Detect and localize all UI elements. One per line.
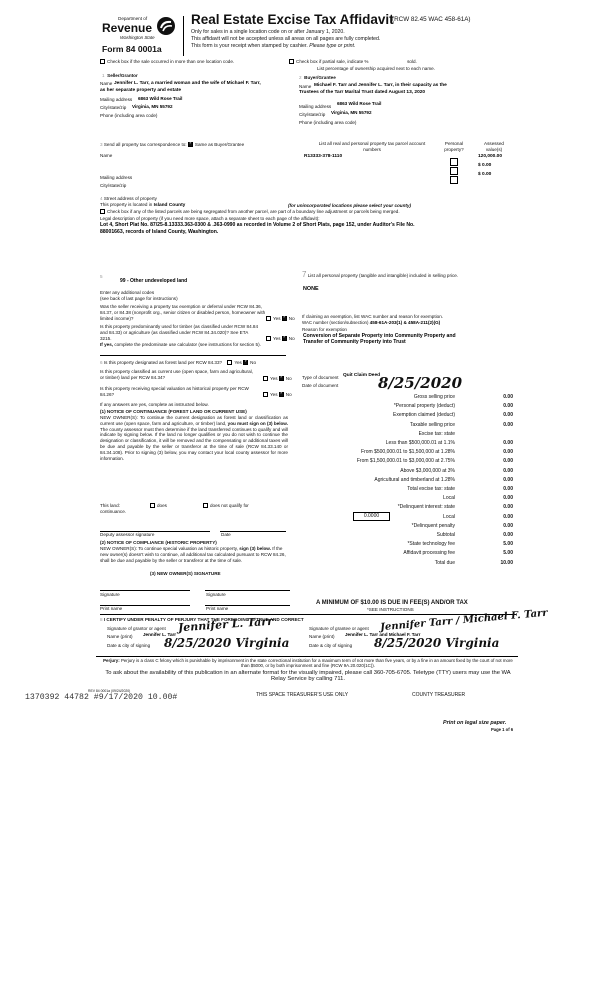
correspondence-mailing-label: Mailing address xyxy=(100,175,132,181)
sold-label: sold. xyxy=(407,59,417,64)
timber-yes-checkbox[interactable] xyxy=(266,336,271,341)
buyer-mailing-input[interactable]: 6863 Wild Rose Trail xyxy=(337,101,381,106)
notice3-title: (3) NEW OWNER(S) SIGNATURE xyxy=(150,571,221,577)
timber-note: If yes, complete the predominate use cal… xyxy=(100,342,286,348)
new-owner-print-label-2: Print name xyxy=(206,606,228,612)
seller-heading-text: Seller/Grantor xyxy=(107,73,138,78)
correspondence-label: Send all property tax correspondence to: xyxy=(104,142,187,147)
seller-city-label: City/state/zip xyxy=(100,105,126,111)
street-label: Street address of property xyxy=(104,196,157,201)
new-owner-sig-label-1: Signature xyxy=(100,592,120,598)
cert-section-num: 8 xyxy=(100,617,103,622)
segregated-checkbox[interactable] xyxy=(100,209,105,214)
this-land-label: This land: xyxy=(100,503,120,509)
land-use-section-num: 5 xyxy=(100,274,103,280)
perjury-text: Perjury is a class C felony which is pun… xyxy=(121,658,513,668)
doc-date-label: Date of document xyxy=(302,383,338,389)
buyer-heading: 2 Buyer/Grantee xyxy=(299,75,336,81)
county-select[interactable]: Island County xyxy=(154,203,186,208)
timber-question: Is this property predominantly used for … xyxy=(100,324,260,341)
dor-swirl-icon xyxy=(156,16,176,36)
current-use-no-checkbox[interactable] xyxy=(279,376,284,381)
tax-row-value[interactable]: 0.00 xyxy=(487,532,513,538)
header-note-2: This affidavit will not be accepted unle… xyxy=(191,36,380,42)
see-instructions: *SEE INSTRUCTIONS xyxy=(367,607,414,613)
segregated-row: Check box if any of the listed parcels a… xyxy=(100,209,400,215)
seller-mailing-label: Mailing address xyxy=(100,97,132,103)
tax-row-label: Subtotal xyxy=(437,532,455,538)
current-use-question: Is this property classified as current u… xyxy=(100,369,256,381)
multi-location-row: Check box if the sale occurred in more t… xyxy=(100,59,234,65)
tax-row-label: Taxable selling price xyxy=(410,422,455,428)
tax-row-value[interactable]: 0.00 xyxy=(487,504,513,510)
seller-heading: 1 Seller/Grantor xyxy=(102,73,138,79)
does-not-checkbox[interactable] xyxy=(203,503,208,508)
tax-row-value[interactable]: 0.00 xyxy=(487,403,513,409)
tax-row-label: Gross selling price xyxy=(414,394,455,400)
county-note: (for unincorporated locations please sel… xyxy=(288,203,411,209)
form-title: Real Estate Excise Tax Affidavit xyxy=(191,12,394,27)
yes-label: Yes xyxy=(234,360,242,365)
doc-type-input[interactable]: Quit Claim Deed xyxy=(343,373,380,378)
no-label: No xyxy=(289,336,295,341)
grantor-date-input[interactable]: 8/25/2020 Virginia xyxy=(164,636,289,650)
notice2-title: (2) NOTICE OF COMPLIANCE (HISTORIC PROPE… xyxy=(100,540,217,546)
tax-row-label: Excise tax: state xyxy=(419,431,455,437)
doc-date-input[interactable]: 8/25/2020 xyxy=(378,374,462,392)
buyer-mailing-label: Mailing address xyxy=(299,104,331,110)
grantee-date-input[interactable]: 8/25/2020 Virginia xyxy=(374,636,499,650)
new-owner-sig-line-1 xyxy=(100,590,190,591)
seller-mailing-input[interactable]: 6863 Wild Rose Trail xyxy=(138,96,182,101)
yes-label: Yes xyxy=(273,336,281,341)
buyer-name-label: Name xyxy=(299,84,311,90)
agency-name: Revenue xyxy=(102,22,152,34)
grantee-name-label: Name (print) xyxy=(309,634,335,640)
seller-section: 1 Seller/Grantor Name Jennifer L. Tarr, … xyxy=(100,72,290,108)
timber-no-checkbox[interactable] xyxy=(282,336,287,341)
form-number: Form 84 0001a xyxy=(102,44,162,54)
no-label: No xyxy=(289,316,295,321)
forest-yes-checkbox[interactable] xyxy=(227,360,232,365)
legal-size-note: Print on legal size paper. xyxy=(443,720,506,726)
assessed-value-input[interactable]: $ 0.00 xyxy=(478,163,491,168)
tax-row-value[interactable]: 0.00 xyxy=(487,486,513,492)
grantor-name-label: Name (print) xyxy=(107,634,133,640)
tax-row-label: *Delinquent penalty xyxy=(412,523,455,529)
property-section-num: 4 xyxy=(100,196,103,201)
continuance-label: continuance. xyxy=(100,509,126,515)
personal-col-header: Personal property? xyxy=(439,141,469,153)
perjury-bold: Perjury: xyxy=(103,658,120,663)
dor-logo: Department of Revenue Washington State F… xyxy=(100,14,180,60)
tax-row-value[interactable]: 0.00 xyxy=(487,495,513,501)
does-row: does xyxy=(150,503,167,509)
new-owner-print-label-1: Print name xyxy=(100,606,122,612)
grantee-sig-label: Signature of grantee or agent xyxy=(309,626,369,632)
perjury-note: Perjury: Perjury is a class C felony whi… xyxy=(100,658,516,668)
notice1-bold: you must sign on (3) below. xyxy=(228,421,288,426)
exemption-question: Was the seller receiving a property tax … xyxy=(100,304,268,321)
alt-format-note: To ask about the availability of this pu… xyxy=(100,670,516,683)
section5-divider xyxy=(100,355,286,356)
form-title-ref: (RCW 82.45 WAC 458-61A) xyxy=(392,16,471,23)
tax-row-value[interactable]: 0.00 xyxy=(487,449,513,455)
seller-name-label: Name xyxy=(100,81,112,87)
seller-phone-label: Phone (including area code) xyxy=(100,113,157,119)
notice1-text-b: The county assessor must then determine … xyxy=(100,427,288,461)
buyer-phone-label: Phone (including area code) xyxy=(299,120,356,126)
correspondence-row: 3 Send all property tax correspondence t… xyxy=(100,142,244,148)
tax-row-value[interactable]: 0.00 xyxy=(487,477,513,483)
parcel-row: $ 0.00 xyxy=(298,172,513,181)
yes-label: Yes xyxy=(270,376,278,381)
multi-location-checkbox[interactable] xyxy=(100,59,105,64)
historic-yes-checkbox[interactable] xyxy=(263,392,268,397)
no-label: No xyxy=(286,392,292,397)
no-label: No xyxy=(286,376,292,381)
deputy-sig-label: Deputy assessor signature xyxy=(100,532,154,538)
receipt-stamp: 1370392 44782 #9/17/2020 10.00# xyxy=(25,693,177,702)
ownership-note: List percentage of ownership acquired ne… xyxy=(317,66,435,72)
local-rate-value: 0.0000 xyxy=(364,513,379,519)
tax-row-label: Affidavit processing fee xyxy=(403,550,455,556)
reason-label: Reason for exemption xyxy=(302,327,347,333)
minimum-note: A MINIMUM OF $10.00 IS DUE IN FEE(S) AND… xyxy=(316,600,468,606)
tax-row-value[interactable]: 0.00 xyxy=(487,468,513,474)
grantor-date-label: Date & city of signing xyxy=(107,643,150,649)
notice1-text: NEW OWNER(S): To continue the current de… xyxy=(100,415,288,461)
tax-row-label: Local xyxy=(443,514,455,520)
treasurer-use-label: THIS SPACE TREASURER'S USE ONLY xyxy=(256,692,348,698)
tax-row-value[interactable]: 5.00 xyxy=(487,541,513,547)
buyer-section: 2 Buyer/Grantee Name Michael F. Tarr and… xyxy=(287,72,512,132)
local-rate-input[interactable]: 0.0000 xyxy=(353,512,390,521)
additional-codes-label: Enter any additional codes xyxy=(100,290,154,296)
if-yes-note: If any answers are yes, complete as inst… xyxy=(100,402,209,408)
tax-row-label: Above $3,000,000 at 3% xyxy=(400,468,455,474)
page-number: Page 1 of 6 xyxy=(491,727,513,732)
tax-row-value[interactable]: 0.00 xyxy=(487,514,513,520)
agency-state: Washington State xyxy=(120,35,155,40)
assessed-col-header: Assessed value(s) xyxy=(476,141,512,153)
tax-row-value[interactable]: 0.00 xyxy=(487,394,513,400)
notice1-title: (1) NOTICE OF CONTINUANCE (FOREST LAND O… xyxy=(100,409,247,415)
new-owner-sig-label-2: Signature xyxy=(206,592,226,598)
does-not-row: does not qualify for xyxy=(203,503,249,509)
personal-property-section-num: 7 xyxy=(302,270,306,279)
header-divider xyxy=(183,16,184,56)
partial-sale-row: Check box if partial sale, indicate % so… xyxy=(289,59,417,65)
buyer-city-label: City/state/zip xyxy=(299,112,325,118)
personal-property-label: 7 List all personal property (tangible a… xyxy=(302,272,512,279)
note3-plain: This form is your receipt when stamped b… xyxy=(191,43,308,49)
cert-bottom-line xyxy=(96,656,518,657)
forest-no-checkbox[interactable] xyxy=(243,360,248,365)
historic-no-checkbox[interactable] xyxy=(279,392,284,397)
new-owner-sig-line-2 xyxy=(205,590,290,591)
seller-section-num: 1 xyxy=(102,73,105,78)
exemption-yes-no: Yes No xyxy=(266,316,295,322)
historic-yes-no: Yes No xyxy=(263,392,292,398)
tax-row-value[interactable]: 5.00 xyxy=(487,550,513,556)
current-use-yes-checkbox[interactable] xyxy=(263,376,268,381)
personal-property-text: List all personal property (tangible and… xyxy=(308,273,458,278)
tax-row-value[interactable]: 0.00 xyxy=(487,412,513,418)
wac-row: WAC number (section/subsection) 458-61A-… xyxy=(302,320,440,326)
tax-row-value[interactable]: 10.00 xyxy=(487,560,513,566)
grantee-date-label: Date & city of signing xyxy=(309,643,352,649)
county-treasurer-label: COUNTY TREASURER xyxy=(412,692,465,698)
correspondence-section-num: 3 xyxy=(100,142,103,147)
parcel-number-input[interactable]: R13333-378-1110 xyxy=(304,154,342,159)
multi-location-label: Check box if the sale occurred in more t… xyxy=(107,59,234,64)
tax-row-value[interactable]: 0.00 xyxy=(487,458,513,464)
doc-type-label: Type of document xyxy=(302,375,339,381)
designation-section-num: 6 xyxy=(100,360,103,365)
tax-row-label: Total excise tax: state xyxy=(407,486,455,492)
buyer-heading-text: Buyer/Grantee xyxy=(304,75,336,80)
seller-city-input[interactable]: Virginia, MN 55792 xyxy=(132,104,173,109)
additional-codes-note: (see back of last page for instructions) xyxy=(100,296,178,302)
tax-row-label: *State technology fee xyxy=(407,541,455,547)
buyer-name-input-line2[interactable]: Trustees of the Tarr Marital Trust dated… xyxy=(299,90,425,95)
legal-description-label: Legal description of property (if you ne… xyxy=(100,216,320,222)
timber-note-bold: If yes, xyxy=(100,342,113,347)
located-row: This property is located in Island Count… xyxy=(100,202,185,209)
tax-row-label: Less than $500,000.01 at 1.1% xyxy=(386,440,455,446)
reason-line-2: Transfer of Community Property into Trus… xyxy=(303,339,456,345)
timber-yes-no: Yes No xyxy=(266,336,295,342)
legal-description-input[interactable]: Lot 4, Short Plat No. 87/25-8.13333.363-… xyxy=(100,222,520,236)
located-label: This property is located in xyxy=(100,202,152,207)
tax-row-label: Exemption claimed (deduct) xyxy=(393,412,455,418)
historic-question: Is this property receiving special valua… xyxy=(100,386,256,398)
correspondence-name-label: Name xyxy=(100,153,112,159)
partial-sale-label: Check box if partial sale, indicate % xyxy=(296,59,369,64)
current-use-yes-no: Yes No xyxy=(263,376,292,382)
forest-question: Is this property designated as forest la… xyxy=(104,360,222,365)
correspondence-city-label: City/state/zip xyxy=(100,183,126,189)
exemption-no-checkbox[interactable] xyxy=(282,316,287,321)
tax-row-label: *Delinquent interest: state xyxy=(398,504,455,510)
deputy-date-label: Date xyxy=(221,532,231,538)
reason-input[interactable]: Conversion of Separate Property into Com… xyxy=(303,333,456,345)
same-as-buyer-label: Same as Buyer/Grantee xyxy=(195,142,244,147)
seller-name-input-line2[interactable]: as her separate property and estate xyxy=(100,88,181,93)
wac-input[interactable]: 458-61A-203(1) & 458A-211(2)(G) xyxy=(370,320,440,325)
grantor-sig-label: Signature of grantor or agent xyxy=(107,626,166,632)
land-use-code-select[interactable]: 99 - Other undeveloped land xyxy=(120,278,187,284)
parcel-col-header: List all real and personal property tax … xyxy=(312,141,432,153)
does-label: does xyxy=(157,503,167,508)
yes-label: Yes xyxy=(270,392,278,397)
personal-property-input[interactable]: NONE xyxy=(303,286,319,292)
segregated-label: Check box if any of the listed parcels a… xyxy=(107,209,400,214)
tax-row-value[interactable]: 0.00 xyxy=(487,440,513,446)
tax-row-value[interactable]: 0.00 xyxy=(487,422,513,428)
notice2-bold: sign (3) below. xyxy=(239,546,271,551)
tax-row-label: Agricultural and timberland at 1.28% xyxy=(374,477,455,483)
exemption-yes-checkbox[interactable] xyxy=(266,316,271,321)
parcel-row: $ 0.00 xyxy=(298,163,513,172)
wac-label: WAC number (section/subsection) xyxy=(302,320,368,325)
no-label: No xyxy=(250,360,256,365)
tax-row-value[interactable]: 0.00 xyxy=(487,523,513,529)
buyer-city-input[interactable]: Virginia, MN 55792 xyxy=(331,110,372,115)
header-note-1: Only for sales in a single location code… xyxy=(191,29,345,35)
buyer-section-num: 2 xyxy=(299,75,302,80)
tax-row-label: From $500,000.01 to $1,500,000 at 1.28% xyxy=(361,449,455,455)
does-not-label: does not qualify for xyxy=(210,503,249,508)
header-note-3: This form is your receipt when stamped b… xyxy=(191,43,355,49)
exemption-intro: If claiming an exemption, list WAC numbe… xyxy=(302,314,443,320)
seller-name-input[interactable]: Jennifer L. Tarr, a married woman and th… xyxy=(114,81,261,86)
tax-row-label: *Personal property (deduct) xyxy=(394,403,455,409)
legal-line-2: 88001663, records of Island County, Wash… xyxy=(100,229,520,236)
partial-sale-checkbox[interactable] xyxy=(289,59,294,64)
personal-property-checkbox[interactable] xyxy=(450,176,458,184)
tax-row-label: From $1,500,000.01 to $3,000,000 at 2.75… xyxy=(357,458,455,464)
buyer-name-input[interactable]: Michael F. Tarr and Jennifer L. Tarr, in… xyxy=(314,83,447,88)
notice2-text-a: NEW OWNER(S): To continue special valuat… xyxy=(100,546,238,551)
note3-ital: Please type or print. xyxy=(309,43,355,49)
same-as-buyer-checkbox[interactable] xyxy=(188,142,193,147)
parcel-table: List all real and personal property tax … xyxy=(298,141,513,191)
parcel-row: R13333-378-1110120,000.00 xyxy=(298,154,513,163)
assessed-value-input[interactable]: 120,000.00 xyxy=(478,154,502,159)
notice2-text: NEW OWNER(S): To continue special valuat… xyxy=(100,546,290,563)
timber-note-text: complete the predominate use calculator … xyxy=(114,342,261,347)
tax-row-label: Total due xyxy=(435,560,455,566)
forest-row: 6 Is this property designated as forest … xyxy=(100,360,256,366)
street-address-label: 4 Street address of property xyxy=(100,196,157,202)
yes-label: Yes xyxy=(273,316,281,321)
tax-row-label: Local xyxy=(443,495,455,501)
legal-line-1: Lot 4, Short Plat No. 87/25-8.13333.363-… xyxy=(100,222,520,229)
assessed-value-input[interactable]: $ 0.00 xyxy=(478,172,491,177)
does-checkbox[interactable] xyxy=(150,503,155,508)
